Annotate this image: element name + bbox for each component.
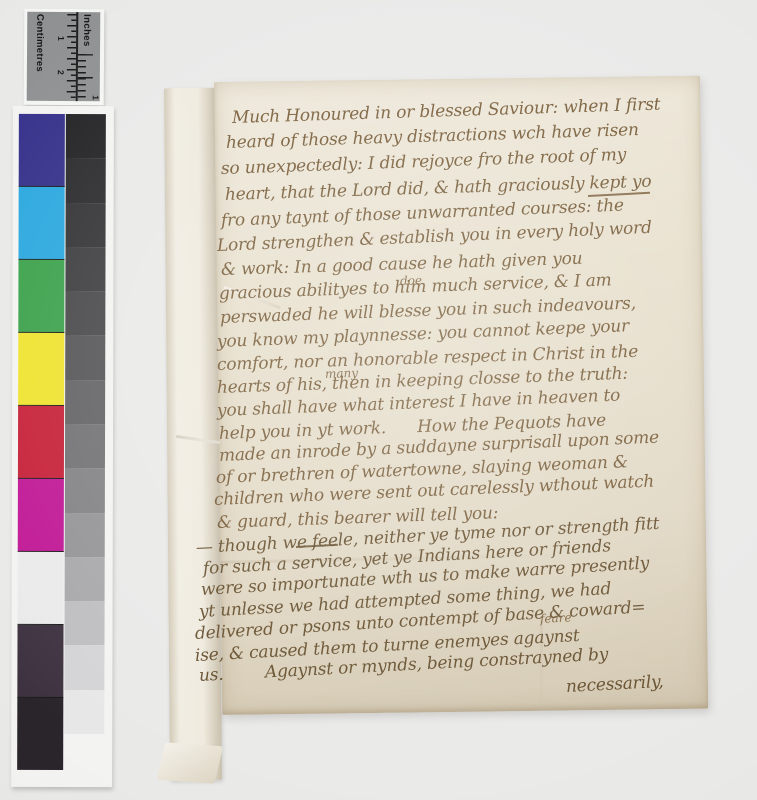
inline-insertion: doe: [400, 274, 422, 287]
photo-backdrop: Inches 1 1 2 Centimetres: [0, 0, 757, 800]
manuscript-text: Much Honoured in or blessed Saviour: whe…: [0, 0, 757, 800]
inline-insertion: many: [325, 367, 358, 380]
manuscript-line: necessarily,: [566, 673, 664, 697]
inline-insertion: feare: [540, 611, 572, 625]
